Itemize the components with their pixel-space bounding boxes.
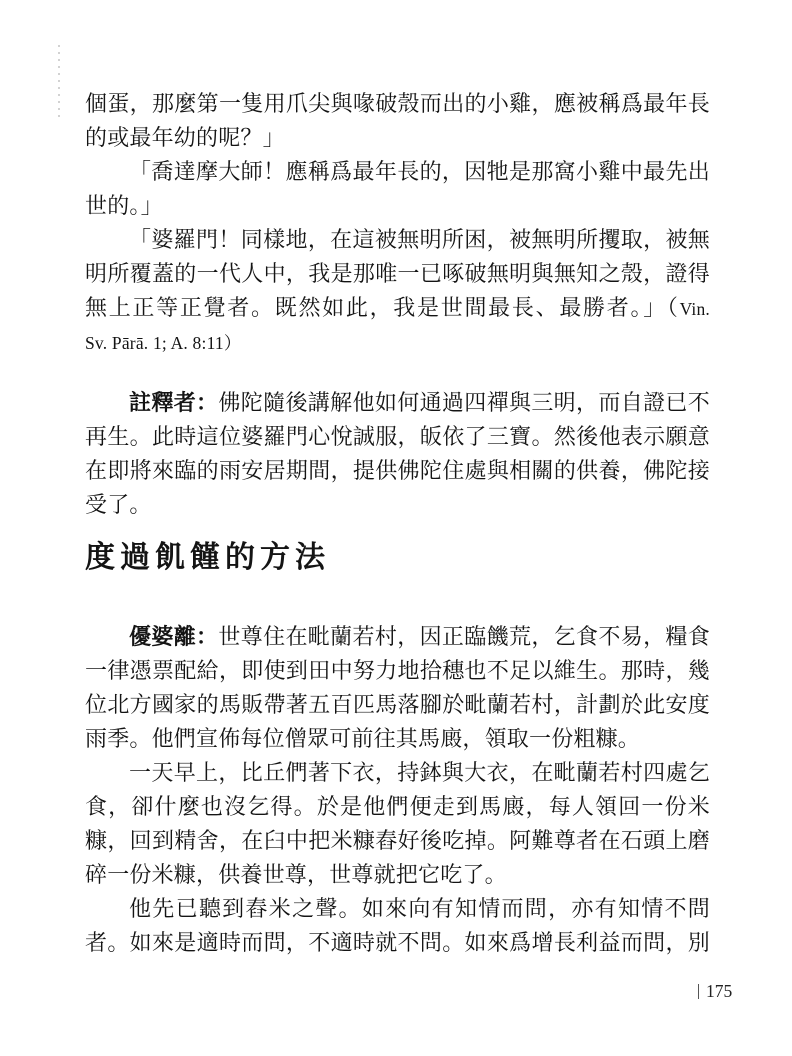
paragraph-commentator: 註釋者：佛陀隨後講解他如何通過四禪與三明，而自證已不 再生。此時這位婆羅門心悅誠… <box>85 386 710 522</box>
text-line: 優婆離：世尊住在毗蘭若村，因正臨饑荒，乞食不易，糧食 <box>85 620 710 654</box>
text-line: 再生。此時這位婆羅門心悅誠服，皈依了三寶。然後他表示願意 <box>85 420 710 454</box>
text-line: 者。如來是適時而問，不適時就不問。如來爲增長利益而問，別 <box>85 926 710 960</box>
text-line: 個蛋，那麼第一隻用爪尖與喙破殼而出的小雞，應被稱爲最年長 <box>85 87 710 121</box>
paragraph-morning-alms: 一天早上，比丘們著下衣，持鉢與大衣，在毗蘭若村四處乞 食，卻什麼也沒乞得。於是他… <box>85 756 710 892</box>
book-page: 個蛋，那麼第一隻用爪尖與喙破殼而出的小雞，應被稱爲最年長 的或最年幼的呢？」 「… <box>0 0 792 1056</box>
scan-artifact <box>58 45 60 117</box>
text-line: 世的。」 <box>85 189 710 223</box>
paragraph-pounding-sound: 他先已聽到舂米之聲。如來向有知情而問，亦有知情不問 者。如來是適時而問，不適時就… <box>85 892 710 960</box>
page-number-divider <box>698 984 699 999</box>
cjk-text: 無上正等正覺者。既然如此，我是世間最長、最勝者。」（ <box>85 295 680 320</box>
text-line: 明所覆蓋的一代人中，我是那唯一已啄破無明與無知之殼，證得 <box>85 257 710 291</box>
page-number: 175 <box>706 981 732 1002</box>
text-line: 「喬達摩大師！應稱爲最年長的，因牠是那窩小雞中最先出 <box>85 155 710 189</box>
page-footer: 175 <box>698 981 732 1002</box>
text-line: 食，卻什麼也沒乞得。於是他們便走到馬廄，每人領回一份米 <box>85 790 710 824</box>
paragraph-upali: 優婆離：世尊住在毗蘭若村，因正臨饑荒，乞食不易，糧食 一律憑票配給，即使到田中努… <box>85 620 710 756</box>
text-line: 一天早上，比丘們著下衣，持鉢與大衣，在毗蘭若村四處乞 <box>85 756 710 790</box>
text-line: 他先已聽到舂米之聲。如來向有知情而問，亦有知情不問 <box>85 892 710 926</box>
speaker-label-commentator: 註釋者： <box>129 390 218 415</box>
text-run: 世尊住在毗蘭若村，因正臨饑荒，乞食不易，糧食 <box>218 624 710 649</box>
text-line: 雨季。他們宣佈每位僧眾可前往其馬廄，領取一份粗糠。 <box>85 722 710 756</box>
paragraph-egg-continuation: 個蛋，那麼第一隻用爪尖與喙破殼而出的小雞，應被稱爲最年長 的或最年幼的呢？」 <box>85 87 710 155</box>
section-heading: 度過飢饉的方法 <box>85 538 710 578</box>
text-line: 「婆羅門！同樣地，在這被無明所困，被無明所攫取，被無 <box>85 223 710 257</box>
citation-line: Sv. Pārā. 1; A. 8:11） <box>85 326 710 360</box>
text-line: 註釋者：佛陀隨後講解他如何通過四禪與三明，而自證已不 <box>85 386 710 420</box>
citation-source-inline: Vin. <box>680 299 710 319</box>
text-line: 一律憑票配給，即使到田中努力地拾穗也不足以維生。那時，幾 <box>85 654 710 688</box>
text-line: 受了。 <box>85 488 710 522</box>
text-line: 糠，回到精舍，在臼中把米糠舂好後吃掉。阿難尊者在石頭上磨 <box>85 824 710 858</box>
text-line: 在即將來臨的雨安居期間，提供佛陀住處與相關的供養，佛陀接 <box>85 454 710 488</box>
text-line: 位北方國家的馬販帶著五百匹馬落腳於毗蘭若村，計劃於此安度 <box>85 688 710 722</box>
speaker-label-upali: 優婆離： <box>129 624 218 649</box>
text-line: 碎一份米糠，供養世尊，世尊就把它吃了。 <box>85 858 710 892</box>
text-run: 佛陀隨後講解他如何通過四禪與三明，而自證已不 <box>218 390 710 415</box>
text-line: 無上正等正覺者。既然如此，我是世間最長、最勝者。」（Vin. <box>85 291 710 326</box>
page-text-block: 個蛋，那麼第一隻用爪尖與喙破殼而出的小雞，應被稱爲最年長 的或最年幼的呢？」 「… <box>85 87 710 960</box>
paragraph-buddha-reply: 「婆羅門！同樣地，在這被無明所困，被無明所攫取，被無 明所覆蓋的一代人中，我是那… <box>85 223 710 360</box>
text-line: 的或最年幼的呢？」 <box>85 121 710 155</box>
paragraph-brahmin-answer: 「喬達摩大師！應稱爲最年長的，因牠是那窩小雞中最先出 世的。」 <box>85 155 710 223</box>
